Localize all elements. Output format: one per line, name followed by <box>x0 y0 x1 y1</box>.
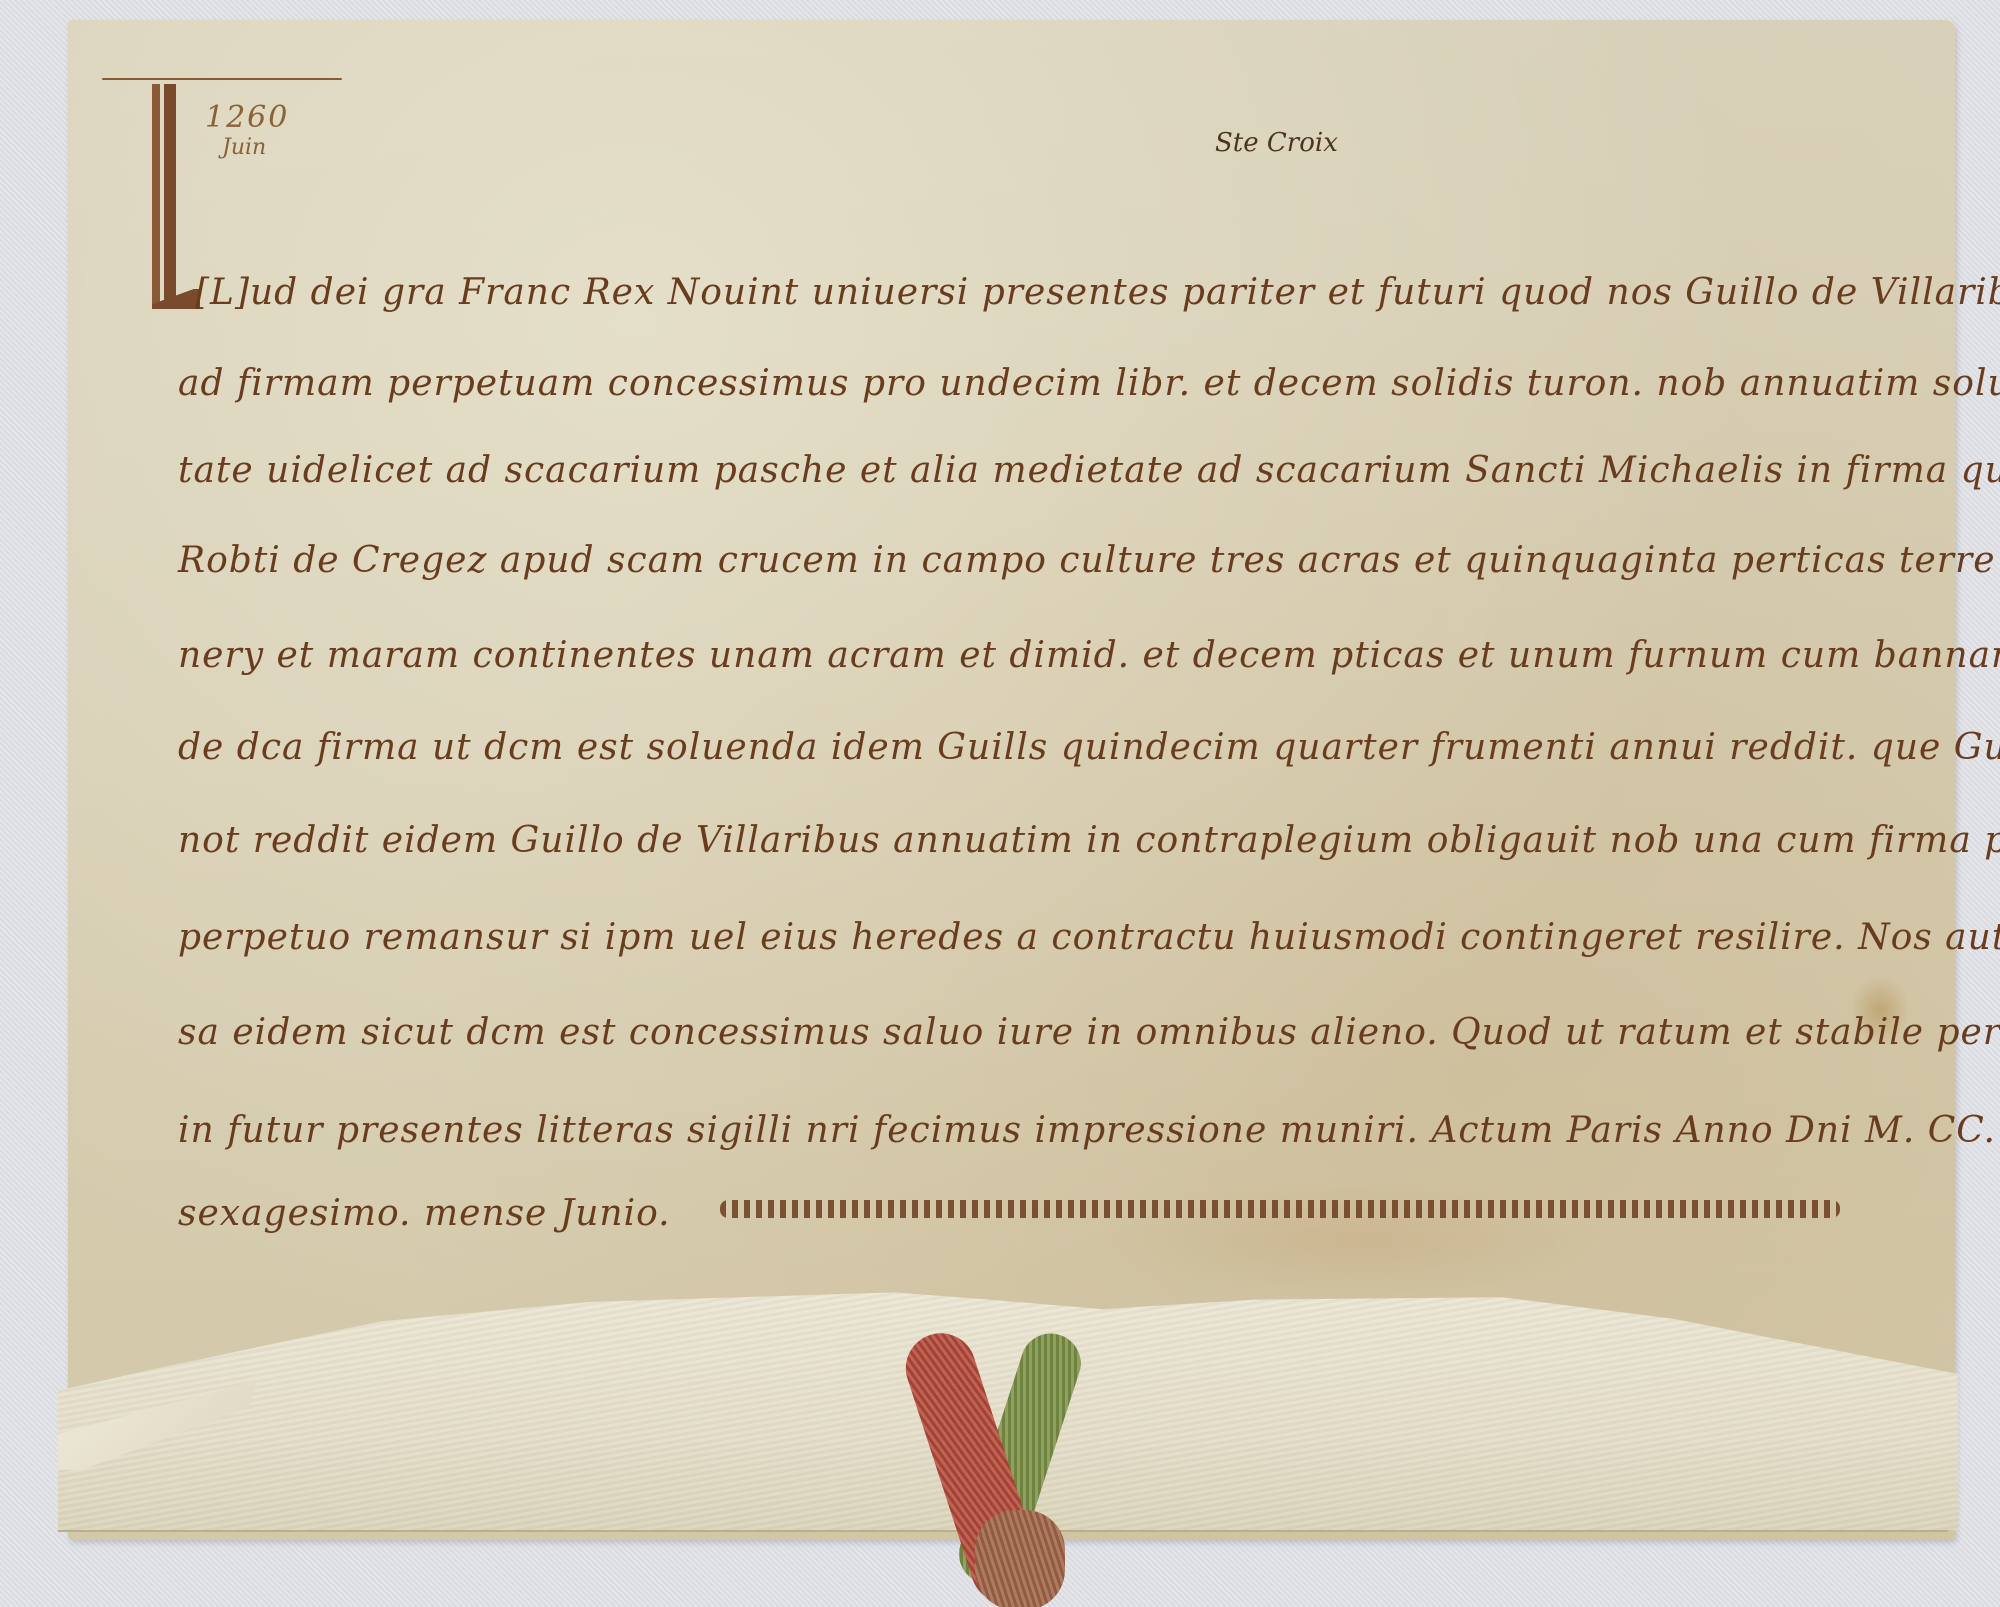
annotation-month: Juin <box>222 135 266 160</box>
text-line-5: nery et maram continentes unam acram et … <box>178 635 2000 676</box>
seal-cord-twist <box>975 1510 1065 1607</box>
stain-mark-lower <box>1100 1180 1600 1300</box>
line-filler-flourish <box>720 1200 1840 1218</box>
text-line-1: [L]ud dei gra Franc Rex Nouint uniuersi … <box>195 272 2000 313</box>
text-line-7: not reddit eidem Guillo de Villaribus an… <box>178 820 2000 861</box>
annotation-title: Ste Croix <box>1215 128 1338 158</box>
text-line-4: Robti de Cregez apud scam crucem in camp… <box>178 540 2000 581</box>
initial-stem <box>152 84 160 309</box>
decorated-initial-l <box>142 84 182 314</box>
text-line-3: tate uidelicet ad scacarium pasche et al… <box>178 450 2000 491</box>
text-line-6: de dca firma ut dcm est soluenda idem Gu… <box>178 727 2000 768</box>
text-line-8: perpetuo remansur si ipm uel eius herede… <box>178 917 2000 958</box>
text-line-2: ad firmam perpetuam concessimus pro unde… <box>178 363 2000 404</box>
text-line-9: sa eidem sicut dcm est concessimus saluo… <box>178 1012 2000 1053</box>
initial-stem-thick <box>164 84 176 309</box>
initial-top-bar <box>102 78 342 80</box>
initial-foot <box>152 289 200 309</box>
annotation-year: 1260 <box>205 100 289 135</box>
text-line-10: in futur presentes litteras sigilli nri … <box>178 1110 1996 1151</box>
text-line-11: sexagesimo. mense Junio. <box>178 1193 671 1234</box>
